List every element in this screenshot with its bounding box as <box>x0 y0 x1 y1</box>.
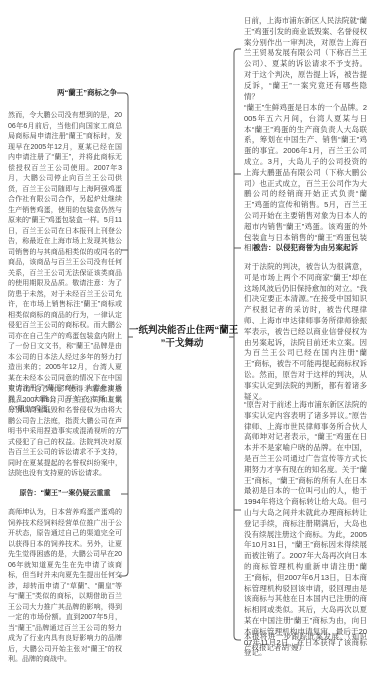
left-paragraph-3: 高师坤认为，日本营养鸡蛋产蛋鸡的饲养技术经饲料经营单位推广出于公开状态，原告通过… <box>8 508 122 666</box>
left-paragraph-2: 双方的“含沙射影”使得矛盾愈演愈烈。2007年6月，百兰王公司和夏某分别以商业诋… <box>8 385 122 480</box>
right-paragraph-1: 日前，上海市浦东新区人民法院就“蘭王”鸡蛋引发的商业诋毁案、名誉侵权案分别作出一… <box>244 16 367 102</box>
right-paragraph-3: 对于法院的判决，被告认为很满意，可是市场上两个不同商家“蘭王”却在这场风波后仍旧… <box>244 262 367 402</box>
reporter-footer-note: 本报将进一步跟踪此案发展。（知识产权报记者胡 嫚） <box>244 632 367 654</box>
left-paragraph-1: 然而，令大鹏公司没有想到的是，2006年6月前后，当他们向国家工商总局商标局申请… <box>8 111 122 416</box>
right-paragraph-4: “原告对于前述上海市浦东新区法院的事实认定内容表明了诸多异议。”原告律师、上海市… <box>244 400 367 659</box>
article-page: 一纸判决能否止住两“蘭王 ”干戈舞动 两“蘭王”商标之争 然而，令大鹏公司没有想… <box>0 0 369 675</box>
article-title-line2: ”干戈舞动 <box>129 337 235 350</box>
left-section-heading: 两“蘭王”商标之争 <box>0 87 117 98</box>
article-title: 一纸判决能否止住两“蘭王 ”干戈舞动 <box>129 324 235 350</box>
left-subheading-plaintiff: 原告：“蘭王”一案仍疑云重重 <box>8 489 122 500</box>
article-title-line1: 一纸判决能否止住两“蘭王 <box>129 324 235 337</box>
right-paragraph-2: “蘭王”生鲜鸡蛋是日本的一个品牌。2005年五六月间，台湾人夏某与日本“蘭王”鸡… <box>244 103 367 254</box>
right-subheading-defendant: 被告：以侵犯商誉为由另案起诉 <box>244 243 367 254</box>
